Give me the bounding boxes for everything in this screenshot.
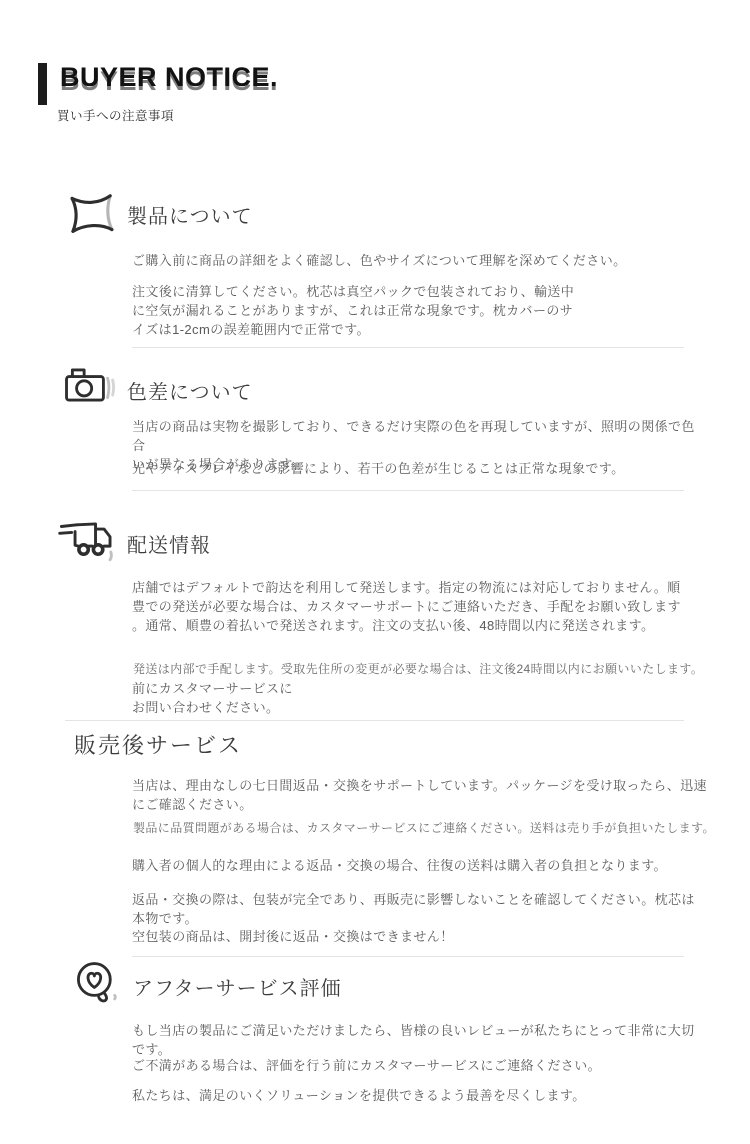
truck-icon	[58, 519, 116, 563]
section-title-after-sales: 販売後サービス	[74, 729, 242, 760]
section-divider	[132, 490, 684, 491]
color-paragraph: 光やディスプレイなどの影響により、若干の色差が生じることは正常な現象です。	[132, 459, 707, 478]
after-sales-paragraph: 当店は、理由なしの七日間返品・交換をサポートしています。パッケージを受け取ったら…	[132, 776, 707, 814]
pillow-icon	[66, 189, 118, 239]
camera-icon	[64, 365, 116, 405]
section-divider	[65, 720, 684, 721]
section-divider	[132, 347, 684, 348]
heart-chat-icon	[74, 960, 120, 1006]
after-sales-paragraph: 返品・交換の際は、包装が完全であり、再販売に影響しないことを確認してください。枕…	[132, 890, 707, 928]
review-paragraph: ご不満がある場合は、評価を行う前にカスタマーサービスにご連絡ください。	[132, 1056, 707, 1075]
shipping-paragraph: 前にカスタマーサービスに お問い合わせください。	[132, 679, 707, 717]
section-title-review: アフターサービス評価	[133, 972, 342, 1001]
shipping-paragraph: 発送は内部で手配します。受取先住所の変更が必要な場合は、注文後24時間以内にお願…	[133, 661, 733, 678]
product-paragraph: 注文後に清算してください。枕芯は真空パックで包装されており、輸送中 に空気が漏れ…	[132, 282, 707, 339]
product-paragraph: ご購入前に商品の詳細をよく確認し、色やサイズについて理解を深めてください。	[132, 251, 707, 270]
review-paragraph: もし当店の製品にご満足いただけましたら、皆様の良いレビューが私たちにとって非常に…	[132, 1021, 707, 1059]
section-divider	[132, 956, 684, 957]
section-title-color: 色差について	[127, 376, 253, 405]
page-title: BUYER NOTICE.	[60, 62, 278, 93]
section-title-shipping: 配送情報	[127, 529, 211, 558]
after-sales-paragraph: 空包装の商品は、開封後に返品・交換はできません！	[132, 927, 707, 946]
page-subtitle: 買い手への注意事項	[57, 106, 174, 124]
after-sales-paragraph: 製品に品質問題がある場合は、カスタマーサービスにご連絡ください。送料は売り手が負…	[133, 820, 733, 837]
section-title-product: 製品について	[127, 200, 253, 229]
header-accent-bar	[38, 63, 47, 105]
shipping-paragraph: 店舗ではデフォルトで韵达を利用して発送します。指定の物流には対応しておりません。…	[132, 578, 707, 635]
after-sales-paragraph: 購入者の個人的な理由による返品・交換の場合、往復の送料は購入者の負担となります。	[132, 856, 707, 875]
review-paragraph: 私たちは、満足のいくソリューションを提供できるよう最善を尽くします。	[132, 1086, 707, 1105]
